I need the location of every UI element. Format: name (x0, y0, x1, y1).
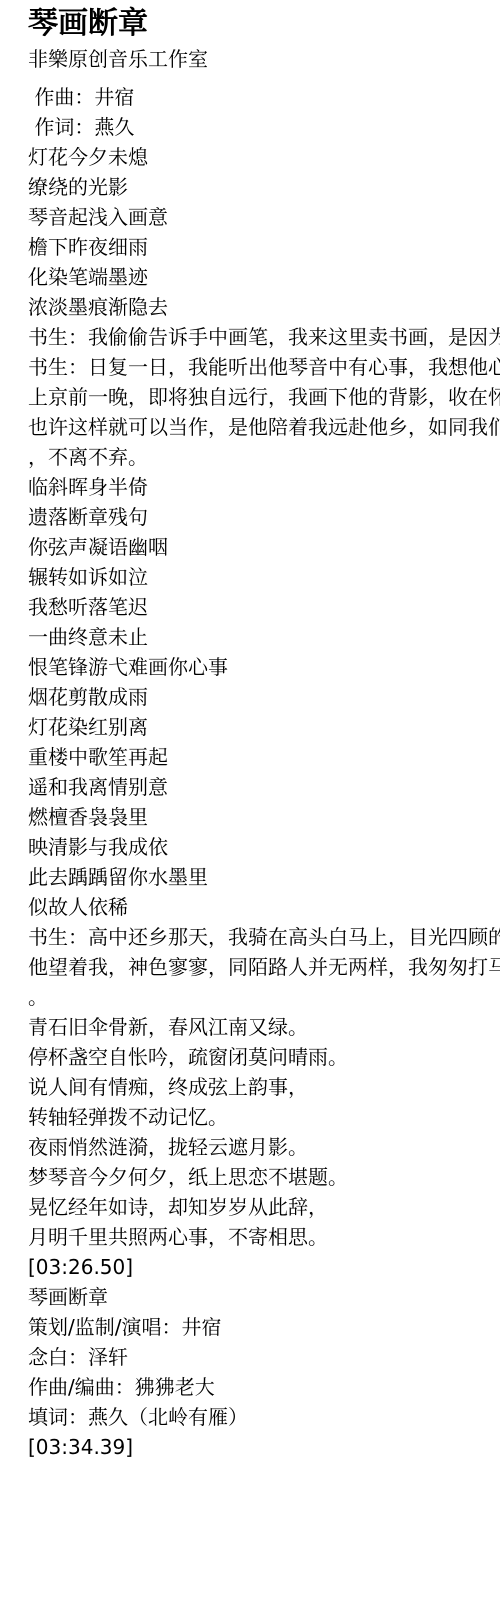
lyric-line: 也许这样就可以当作，是他陪着我远赴他乡，如同我们 (28, 412, 500, 442)
lyric-line: 遥和我离情别意 (28, 772, 500, 802)
lyric-line: 恨笔锋游弋难画你心事 (28, 652, 500, 682)
lyric-line: 说人间有情痴，终成弦上韵事， (28, 1072, 500, 1102)
lyric-line: 此去踽踽留你水墨里 (28, 862, 500, 892)
lyric-line: ，不离不弃。 (28, 442, 500, 472)
lyrics-page: 琴画断章 非樂原创音乐工作室 作曲：井宿 作词：燕久灯花今夕未熄缭绕的光影琴音起… (0, 0, 500, 1462)
lyric-line: 他望着我，神色寥寥，同陌路人并无两样，我匆匆打马 (28, 952, 500, 982)
lyric-line: 书生：我偷偷告诉手中画笔，我来这里卖书画，是因为 (28, 322, 500, 352)
lyric-line: 遗落断章残句 (28, 502, 500, 532)
lyric-line: [03:34.39] (28, 1432, 500, 1462)
lyric-line: 灯花今夕未熄 (28, 142, 500, 172)
lyric-line: 缭绕的光影 (28, 172, 500, 202)
lyric-line: 重楼中歌笙再起 (28, 742, 500, 772)
lyric-line: 书生：日复一日，我能听出他琴音中有心事，我想他心 (28, 352, 500, 382)
lyric-line: 灯花染红别离 (28, 712, 500, 742)
lyrics: 作曲：井宿 作词：燕久灯花今夕未熄缭绕的光影琴音起浅入画意檐下昨夜细雨化染笔端墨… (28, 82, 500, 1462)
lyric-line: 书生：高中还乡那天，我骑在高头白马上，目光四顾的 (28, 922, 500, 952)
lyric-line: 化染笔端墨迹 (28, 262, 500, 292)
lyric-line: 映清影与我成依 (28, 832, 500, 862)
lyric-line: 念白：泽轩 (28, 1342, 500, 1372)
lyric-line: 琴音起浅入画意 (28, 202, 500, 232)
lyric-line: 烟花剪散成雨 (28, 682, 500, 712)
lyric-line: 上京前一晚，即将独自远行，我画下他的背影，收在怀 (28, 382, 500, 412)
lyric-line: 作曲/编曲：狒狒老大 (28, 1372, 500, 1402)
lyric-line: 月明千里共照两心事，不寄相思。 (28, 1222, 500, 1252)
lyric-line: 填词：燕久（北岭有雁） (28, 1402, 500, 1432)
lyric-line: 临斜晖身半倚 (28, 472, 500, 502)
subtitle: 非樂原创音乐工作室 (28, 44, 500, 74)
lyric-line: 青石旧伞骨新，春风江南又绿。 (28, 1012, 500, 1042)
lyric-line: 一曲终意未止 (28, 622, 500, 652)
lyric-line: 你弦声凝语幽咽 (28, 532, 500, 562)
lyric-line: 燃檀香袅袅里 (28, 802, 500, 832)
lyric-line: 策划/监制/演唱：井宿 (28, 1312, 500, 1342)
lyric-line: 作词：燕久 (28, 112, 500, 142)
lyric-line: 浓淡墨痕渐隐去 (28, 292, 500, 322)
lyric-line: 檐下昨夜细雨 (28, 232, 500, 262)
lyric-line: 作曲：井宿 (28, 82, 500, 112)
lyric-line: 转轴轻弹拨不动记忆。 (28, 1102, 500, 1132)
lyric-line: 梦琴音今夕何夕，纸上思恋不堪题。 (28, 1162, 500, 1192)
lyric-line: 辗转如诉如泣 (28, 562, 500, 592)
lyric-line: 晃忆经年如诗，却知岁岁从此辞， (28, 1192, 500, 1222)
lyric-line: 似故人依稀 (28, 892, 500, 922)
lyric-line: [03:26.50] (28, 1252, 500, 1282)
page-title: 琴画断章 (28, 6, 500, 42)
lyric-line: 琴画断章 (28, 1282, 500, 1312)
lyric-line: 停杯盏空自怅吟，疏窗闭莫问晴雨。 (28, 1042, 500, 1072)
lyric-line: 夜雨悄然涟漪，拢轻云遮月影。 (28, 1132, 500, 1162)
lyric-line: 我愁听落笔迟 (28, 592, 500, 622)
lyric-line: 。 (28, 982, 500, 1012)
